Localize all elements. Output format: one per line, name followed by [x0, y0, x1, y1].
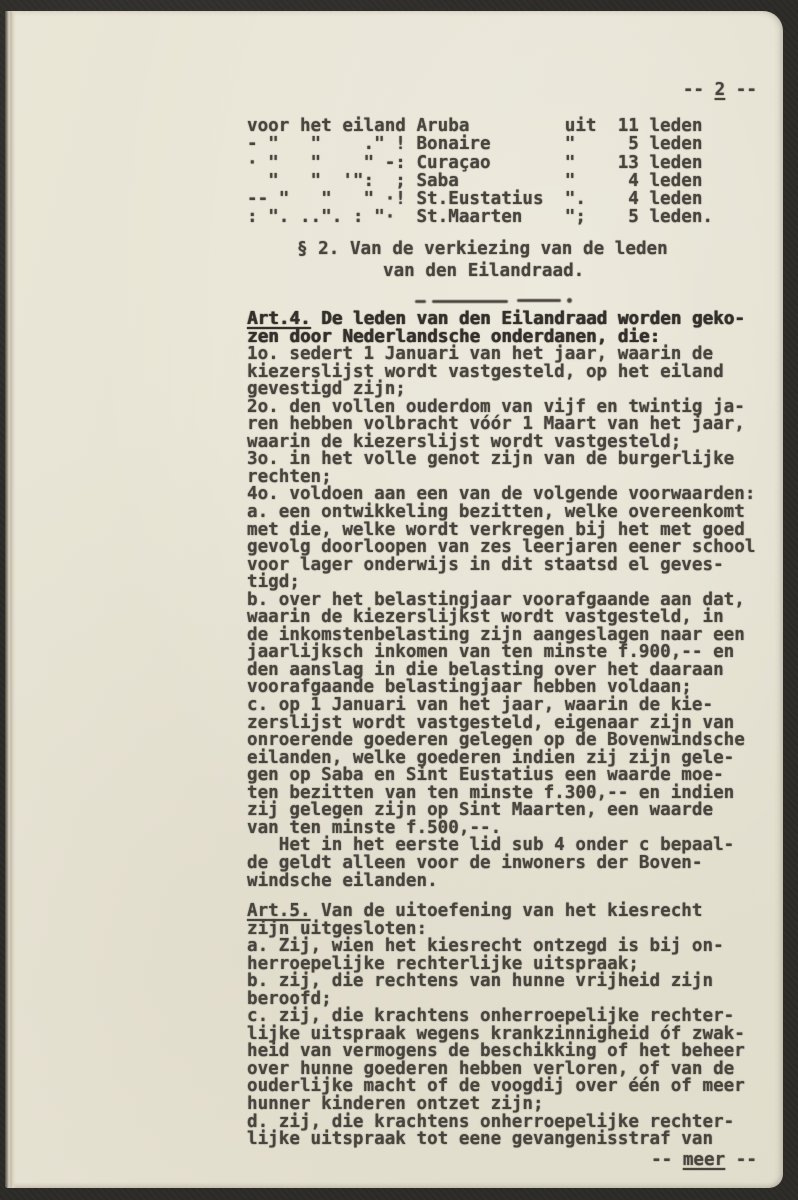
table-row: - " " ." ! Bonaire"5 leden [247, 135, 713, 153]
text-line: windsche eilanden. [247, 873, 755, 891]
text-run: windsche eilanden. [247, 871, 438, 891]
text-run: voor lager onderwijs in dit staatsd el g… [247, 555, 724, 575]
ditto-prefix: : ". ..". : "· [247, 208, 416, 226]
page-number: -- 2 -- [683, 80, 757, 100]
text-line: voor lager onderwijs in dit staatsd el g… [247, 557, 755, 575]
page-number-dashes-right: -- [725, 80, 757, 100]
table-row: · " " " -: Curaçao"13 leden [247, 154, 713, 172]
section-heading-line2: van den Eilandraad. [383, 261, 584, 281]
continuation-label: meer [683, 1150, 725, 1170]
ditto-prefix: - " " ." ! [247, 135, 416, 153]
document-page: -- 2 -- voor het eiland Arubauit11 leden… [5, 11, 783, 1188]
island-name: Bonaire [416, 135, 564, 153]
section-heading-line1: § 2. Van de verkiezing van de leden [297, 239, 668, 259]
overtype-smudge-marks [415, 298, 585, 304]
uit-column: " [565, 154, 607, 172]
text-run: lijke uitspraak tot eene gevangenisstraf… [247, 1129, 713, 1149]
member-unit: leden [639, 153, 703, 173]
page-number-value: 2 [715, 80, 726, 100]
uit-column: ". [565, 190, 607, 208]
table-row: -- " " " ·! St.Eustatius".4 leden [247, 190, 713, 208]
island-members-table: voor het eiland Arubauit11 leden- " " ."… [247, 117, 713, 227]
ditto-prefix: voor het eiland [247, 117, 416, 135]
member-count: 5 [607, 208, 639, 226]
uit-column: "; [565, 208, 607, 226]
typewritten-content: -- 2 -- voor het eiland Arubauit11 leden… [5, 11, 783, 1188]
ditto-prefix: " " '": ; [247, 172, 416, 190]
member-unit: leden [639, 171, 703, 191]
member-unit: leden [639, 116, 703, 136]
member-count: 5 [607, 135, 639, 153]
island-name: St.Eustatius [416, 190, 564, 208]
member-unit: leden. [639, 207, 713, 227]
text-line: lijke uitspraak tot eene gevangenisstraf… [247, 1131, 745, 1149]
member-count: 11 [607, 117, 639, 135]
page-number-dashes-left: -- [683, 80, 715, 100]
continuation-marker: -- meer -- [651, 1150, 757, 1170]
uit-column: uit [565, 117, 607, 135]
article-4-paragraph: Art.4. De leden van den Eilandraad worde… [247, 311, 755, 890]
island-name: Aruba [416, 117, 564, 135]
scanned-document-background: { "scan": { "page_number_line": { "left_… [0, 0, 798, 1200]
article-5-paragraph: Art.5. Van de uitoefening van het kiesre… [247, 903, 745, 1149]
member-count: 4 [607, 172, 639, 190]
member-count: 13 [607, 154, 639, 172]
island-name: Curaçao [416, 154, 564, 172]
table-row: : ". ..". : "· St.Maarten";5 leden. [247, 208, 713, 226]
continuation-dashes-right: -- [725, 1150, 757, 1170]
member-unit: leden [639, 134, 703, 154]
island-name: St.Maarten [416, 208, 564, 226]
uit-column: " [565, 135, 607, 153]
uit-column: " [565, 172, 607, 190]
continuation-dashes-left: -- [651, 1150, 683, 1170]
island-name: Saba [416, 172, 564, 190]
member-count: 4 [607, 190, 639, 208]
ditto-prefix: · " " " -: [247, 154, 416, 172]
table-row: voor het eiland Arubauit11 leden [247, 117, 713, 135]
table-row: " " '": ; Saba"4 leden [247, 172, 713, 190]
ditto-prefix: -- " " " ·! [247, 190, 416, 208]
